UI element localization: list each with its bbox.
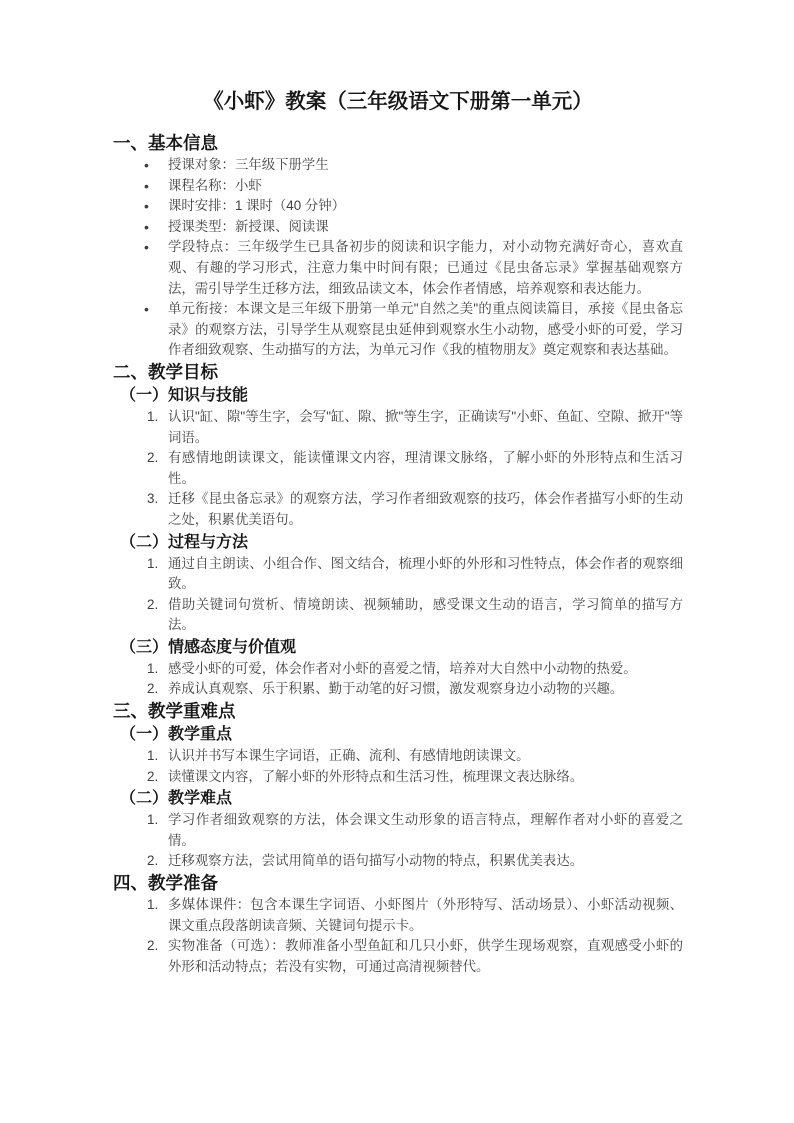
item-number: 2. [147, 679, 158, 700]
bullet-item: • 单元衔接：本课文是三年级下册第一单元"自然之美"的重点阅读篇目，承接《昆虫备… [113, 299, 683, 361]
numbered-item: 1. 认识"缸、隙"等生字，会写"缸、隙、掀"等生字，正确读写"小虾、鱼缸、空隙… [113, 407, 683, 448]
item-number: 1. [147, 746, 158, 767]
bullet-text: 单元衔接：本课文是三年级下册第一单元"自然之美"的重点阅读篇目，承接《昆虫备忘录… [168, 301, 683, 357]
subsection-heading-difficult-points: （二）教学难点 [113, 787, 683, 810]
subsection-heading-process-methods: （二）过程与方法 [113, 531, 683, 554]
item-text: 通过自主朗读、小组合作、图文结合，梳理小虾的外形和习性特点，体会作者的观察细致。 [168, 556, 683, 592]
bullet-text: 授课类型：新授课、阅读课 [168, 219, 329, 234]
bullet-item: • 学段特点：三年级学生已具备初步的阅读和识字能力，对小动物充满好奇心，喜欢直观… [113, 237, 683, 299]
numbered-item: 2. 养成认真观察、乐于积累、勤于动笔的好习惯，激发观察身边小动物的兴趣。 [113, 679, 683, 700]
item-number: 2. [147, 595, 158, 616]
item-number: 1. [147, 810, 158, 831]
item-number: 1. [147, 895, 158, 916]
numbered-item: 1. 认识并书写本课生字词语，正确、流利、有感情地朗读课文。 [113, 746, 683, 767]
section-heading-teaching-goals: 二、教学目标 [113, 361, 683, 384]
bullet-text: 课时安排：1 课时（40 分钟） [168, 198, 345, 213]
item-number: 2. [147, 851, 158, 872]
numbered-item: 1. 感受小虾的可爱，体会作者对小虾的喜爱之情，培养对大自然中小动物的热爱。 [113, 659, 683, 680]
item-text: 读懂课文内容，了解小虾的外形特点和生活习性，梳理课文表达脉络。 [168, 769, 583, 784]
item-number: 1. [147, 659, 158, 680]
item-number: 3. [147, 489, 158, 510]
numbered-item: 1. 通过自主朗读、小组合作、图文结合，梳理小虾的外形和习性特点，体会作者的观察… [113, 554, 683, 595]
bullet-icon: • [144, 217, 149, 238]
bullet-text: 学段特点：三年级学生已具备初步的阅读和识字能力，对小动物充满好奇心，喜欢直观、有… [168, 239, 683, 295]
numbered-item: 2. 实物准备（可选）：教师准备小型鱼缸和几只小虾，供学生现场观察，直观感受小虾… [113, 936, 683, 977]
numbered-item: 2. 有感情地朗读课文，能读懂课文内容，理清课文脉络，了解小虾的外形特点和生活习… [113, 448, 683, 489]
item-text: 实物准备（可选）：教师准备小型鱼缸和几只小虾，供学生现场观察，直观感受小虾的外形… [168, 938, 683, 974]
document-title: 《小虾》教案（三年级语文下册第一单元） [113, 88, 683, 116]
item-text: 有感情地朗读课文，能读懂课文内容，理清课文脉络，了解小虾的外形特点和生活习性。 [168, 450, 683, 486]
bullet-icon: • [144, 237, 149, 258]
item-text: 学习作者细致观察的方法，体会课文生动形象的语言特点，理解作者对小虾的喜爱之情。 [168, 812, 683, 848]
basic-info-list: • 授课对象：三年级下册学生 • 课程名称：小虾 • 课时安排：1 课时（40 … [113, 155, 683, 361]
bullet-item: • 授课类型：新授课、阅读课 [113, 217, 683, 238]
item-text: 多媒体课件：包含本课生字词语、小虾图片（外形特写、活动场景）、小虾活动视频、课文… [168, 897, 683, 933]
bullet-icon: • [144, 299, 149, 320]
item-text: 迁移《昆虫备忘录》的观察方法，学习作者细致观察的技巧，体会作者描写小虾的生动之处… [168, 491, 683, 527]
subsection-heading-emotion-values: （三）情感态度与价值观 [113, 636, 683, 659]
item-text: 养成认真观察、乐于积累、勤于动笔的好习惯，激发观察身边小动物的兴趣。 [168, 681, 623, 696]
section-heading-basic-info: 一、基本信息 [113, 132, 683, 155]
item-text: 认识并书写本课生字词语，正确、流利、有感情地朗读课文。 [168, 748, 530, 763]
item-text: 迁移观察方法，尝试用简单的语句描写小动物的特点，积累优美表达。 [168, 853, 583, 868]
bullet-item: • 课程名称：小虾 [113, 176, 683, 197]
item-number: 2. [147, 767, 158, 788]
bullet-item: • 授课对象：三年级下册学生 [113, 155, 683, 176]
numbered-item: 3. 迁移《昆虫备忘录》的观察方法，学习作者细致观察的技巧，体会作者描写小虾的生… [113, 489, 683, 530]
item-text: 感受小虾的可爱，体会作者对小虾的喜爱之情，培养对大自然中小动物的热爱。 [168, 661, 637, 676]
item-text: 借助关键词句赏析、情境朗读、视频辅助，感受课文生动的语言，学习简单的描写方法。 [168, 597, 683, 633]
numbered-item: 1. 多媒体课件：包含本课生字词语、小虾图片（外形特写、活动场景）、小虾活动视频… [113, 895, 683, 936]
document-page: 《小虾》教案（三年级语文下册第一单元） 一、基本信息 • 授课对象：三年级下册学… [0, 0, 794, 1123]
bullet-item: • 课时安排：1 课时（40 分钟） [113, 196, 683, 217]
bullet-icon: • [144, 196, 149, 217]
bullet-icon: • [144, 155, 149, 176]
numbered-item: 2. 迁移观察方法，尝试用简单的语句描写小动物的特点，积累优美表达。 [113, 851, 683, 872]
section-heading-teaching-preparation: 四、教学准备 [113, 872, 683, 895]
item-number: 2. [147, 448, 158, 469]
numbered-item: 2. 借助关键词句赏析、情境朗读、视频辅助，感受课文生动的语言，学习简单的描写方… [113, 595, 683, 636]
item-number: 2. [147, 936, 158, 957]
subsection-heading-knowledge-skills: （一）知识与技能 [113, 384, 683, 407]
bullet-text: 课程名称：小虾 [168, 178, 262, 193]
section-heading-key-difficult-points: 三、教学重难点 [113, 700, 683, 723]
numbered-item: 2. 读懂课文内容，了解小虾的外形特点和生活习性，梳理课文表达脉络。 [113, 767, 683, 788]
item-number: 1. [147, 554, 158, 575]
item-text: 认识"缸、隙"等生字，会写"缸、隙、掀"等生字，正确读写"小虾、鱼缸、空隙、掀开… [168, 409, 683, 445]
numbered-item: 1. 学习作者细致观察的方法，体会课文生动形象的语言特点，理解作者对小虾的喜爱之… [113, 810, 683, 851]
bullet-icon: • [144, 176, 149, 197]
item-number: 1. [147, 407, 158, 428]
bullet-text: 授课对象：三年级下册学生 [168, 157, 329, 172]
subsection-heading-key-points: （一）教学重点 [113, 723, 683, 746]
